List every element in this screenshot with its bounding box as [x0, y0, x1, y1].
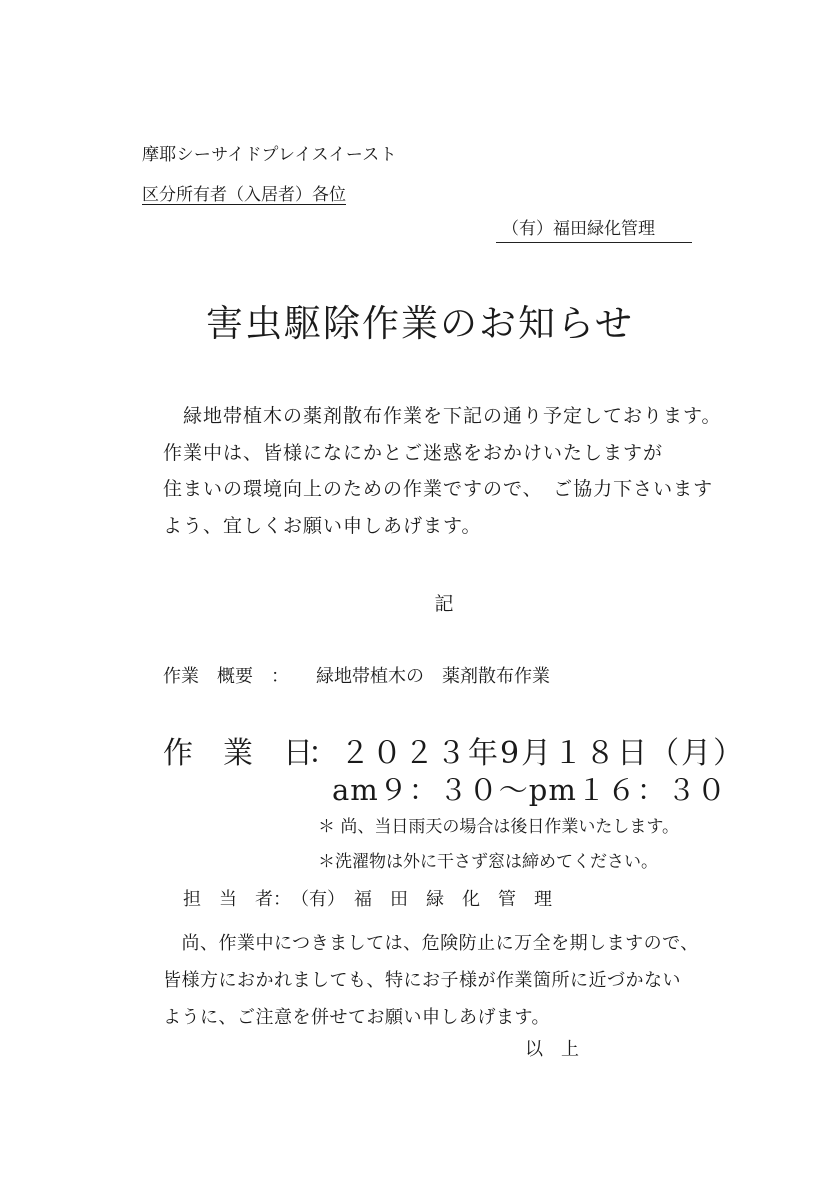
rain-note: ＊ 尚、当日雨天の場合は後日作業いたします。 — [318, 815, 679, 839]
work-summary: 作業 概要 ： 緑地帯植木の 薬剤散布作業 — [163, 664, 550, 690]
laundry-note: ＊洗濯物は外に干さず窓は締めてください。 — [318, 850, 658, 874]
recipient-line: 区分所有者（入居者）各位 — [142, 183, 346, 207]
closing-line: 皆様方におかれましても、特にお子様が作業箇所に近づかない — [163, 962, 699, 999]
end-mark: 以 上 — [525, 1038, 579, 1062]
work-date-value: ：２０２３年9月１８日（月） — [308, 734, 745, 774]
intro-paragraph: 緑地帯植木の薬剤散布作業を下記の通り予定しております。 作業中は、皆様になにかと… — [163, 398, 721, 544]
sender-company: （有）福田緑化管理 — [496, 217, 692, 243]
intro-line: 住まいの環境向上のための作業ですので、 ご協力下さいます — [163, 471, 721, 508]
ki-heading: 記 — [0, 592, 840, 616]
work-time-value: am９：３０～pm１６：３０ — [332, 771, 727, 809]
intro-line: 緑地帯植木の薬剤散布作業を下記の通り予定しております。 — [163, 398, 721, 435]
closing-line: ように、ご注意を併せてお願い申しあげます。 — [163, 999, 699, 1036]
addressee-building: 摩耶シーサイドプレイスイースト — [142, 143, 397, 167]
intro-line: 作業中は、皆様になにかとご迷惑をおかけいたしますが — [163, 435, 721, 472]
closing-paragraph: 尚、作業中につきましては、危険防止に万全を期しますので、 皆様方におかれましても… — [163, 925, 699, 1036]
notice-title: 害虫駆除作業のお知らせ — [0, 300, 840, 348]
closing-line: 尚、作業中につきましては、危険防止に万全を期しますので、 — [163, 925, 699, 962]
contact-person: 担 当 者： （有） 福 田 緑 化 管 理 — [183, 888, 552, 912]
intro-line: よう、宜しくお願い申しあげます。 — [163, 508, 721, 545]
